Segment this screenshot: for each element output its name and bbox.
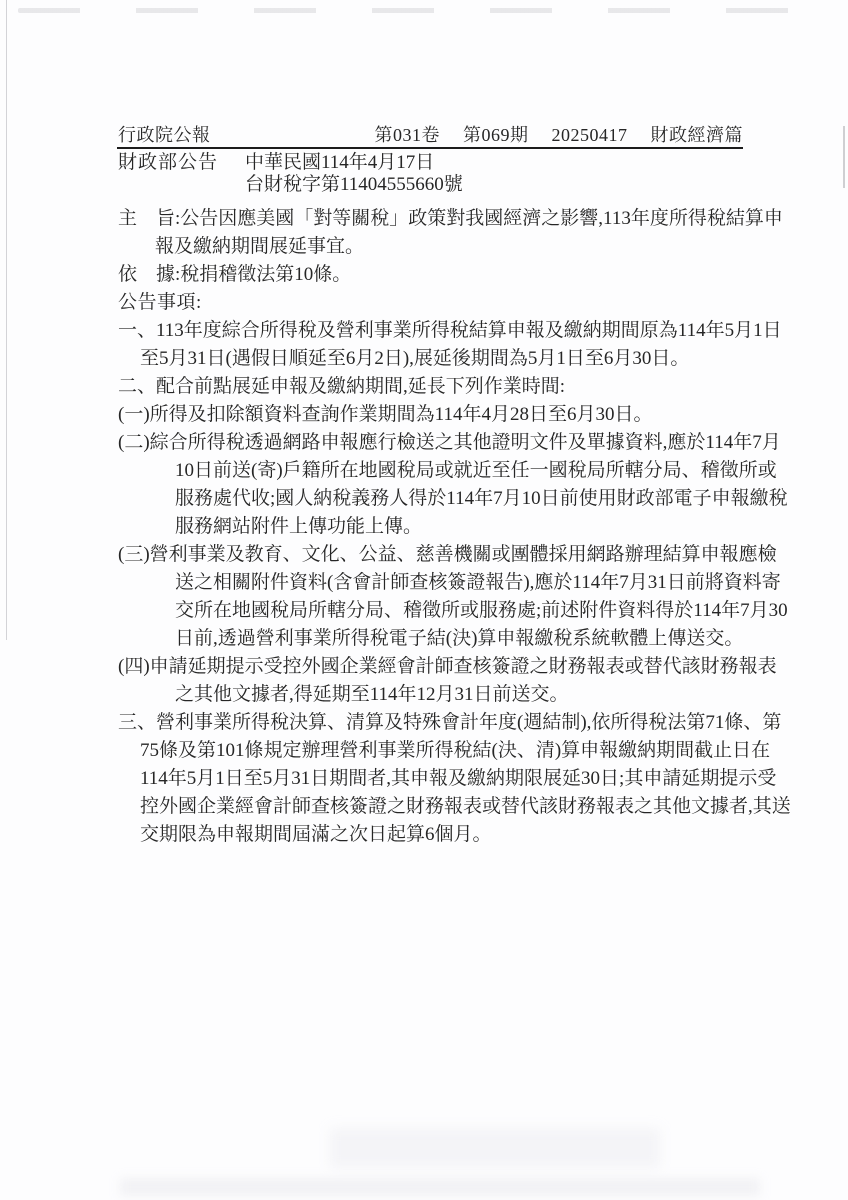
basis-label: 依 據: <box>118 264 180 285</box>
item-2-text: 配合前點展延申報及繳納期間,延長下列作業時間: <box>156 376 565 397</box>
item-2-sub-2-marker: (二) <box>118 432 150 453</box>
item-3: 三、營利事業所得稅決算、清算及特殊會計年度(週結制),依所得稅法第71條、第75… <box>118 709 792 849</box>
subject-text: 公告因應美國「對等關稅」政策對我國經濟之影響,113年度所得稅結算申報及繳納期間… <box>155 208 783 257</box>
notice-reference-no: 台財稅字第11404555660號 <box>245 174 463 196</box>
subject-label: 主 旨: <box>118 208 180 229</box>
basis-line: 依 據:稅捐稽徵法第10條。 <box>118 261 792 289</box>
notice-date: 中華民國114年4月17日 <box>245 152 463 174</box>
item-2-sub-3: (三)營利事業及教育、文化、公益、慈善機關或團體採用網路辦理結算申報應檢送之相關… <box>118 541 792 653</box>
item-2-sub-3-marker: (三) <box>118 544 150 565</box>
gazette-page: 行政院公報 第031卷 第069期 20250417 財政經濟篇 財政部公告 中… <box>0 0 848 1200</box>
gazette-date-code: 20250417 <box>552 124 628 146</box>
scan-artifact-right-edge <box>843 126 845 188</box>
basis-text: 稅捐稽徵法第10條。 <box>180 264 351 285</box>
item-2-sub-3-text: 營利事業及教育、文化、公益、慈善機關或團體採用網路辦理結算申報應檢送之相關附件資… <box>150 544 788 649</box>
item-2-sub-4-marker: (四) <box>118 656 150 677</box>
item-2-sub-2: (二)綜合所得稅透過網路申報應行檢送之其他證明文件及單據資料,應於114年7月1… <box>118 429 792 541</box>
item-2: 二、配合前點展延申報及繳納期間,延長下列作業時間: <box>118 373 792 401</box>
gazette-header: 行政院公報 第031卷 第069期 20250417 財政經濟篇 <box>118 124 743 146</box>
gazette-issue: 第069期 <box>463 124 529 146</box>
item-2-sub-1: (一)所得及扣除額資料查詢作業期間為114年4月28日至6月30日。 <box>118 401 792 429</box>
scan-artifact-bottom-smudge <box>330 1128 660 1168</box>
notice-agency: 財政部公告 <box>118 152 218 174</box>
item-1-marker: 一、 <box>118 320 156 341</box>
notice-head: 財政部公告 中華民國114年4月17日 台財稅字第11404555660號 <box>118 152 463 196</box>
item-2-sub-4: (四)申請延期提示受控外國企業經會計師查核簽證之財務報表或替代該財務報表之其他文… <box>118 653 792 709</box>
item-3-marker: 三、 <box>118 712 156 733</box>
item-1: 一、113年度綜合所得稅及營利事業所得稅結算申報及繳納期間原為114年5月1日至… <box>118 317 792 373</box>
gazette-section: 財政經濟篇 <box>651 124 744 146</box>
scan-artifact-top-edge <box>18 8 830 13</box>
notice-body: 主 旨:公告因應美國「對等關稅」政策對我國經濟之影響,113年度所得稅結算申報及… <box>118 205 792 849</box>
header-rule <box>117 147 743 149</box>
item-2-sub-1-marker: (一) <box>118 404 150 425</box>
item-2-sub-2-text: 綜合所得稅透過網路申報應行檢送之其他證明文件及單據資料,應於114年7月10日前… <box>150 432 788 537</box>
item-2-marker: 二、 <box>118 376 156 397</box>
item-3-text: 營利事業所得稅決算、清算及特殊會計年度(週結制),依所得稅法第71條、第75條及… <box>140 712 791 845</box>
item-1-text: 113年度綜合所得稅及營利事業所得稅結算申報及繳納期間原為114年5月1日至5月… <box>140 320 782 369</box>
gazette-title: 行政院公報 <box>118 124 211 146</box>
items-heading: 公告事項: <box>118 289 792 317</box>
item-2-sub-1-text: 所得及扣除額資料查詢作業期間為114年4月28日至6月30日。 <box>150 404 653 425</box>
notice-meta: 中華民國114年4月17日 台財稅字第11404555660號 <box>245 152 463 196</box>
subject-line: 主 旨:公告因應美國「對等關稅」政策對我國經濟之影響,113年度所得稅結算申報及… <box>118 205 792 261</box>
item-2-sub-4-text: 申請延期提示受控外國企業經會計師查核簽證之財務報表或替代該財務報表之其他文據者,… <box>150 656 777 705</box>
scan-artifact-left-edge <box>6 0 7 640</box>
gazette-header-meta: 第031卷 第069期 20250417 財政經濟篇 <box>375 124 744 146</box>
scan-artifact-bottom-smudge <box>120 1178 760 1196</box>
gazette-volume: 第031卷 <box>375 124 441 146</box>
